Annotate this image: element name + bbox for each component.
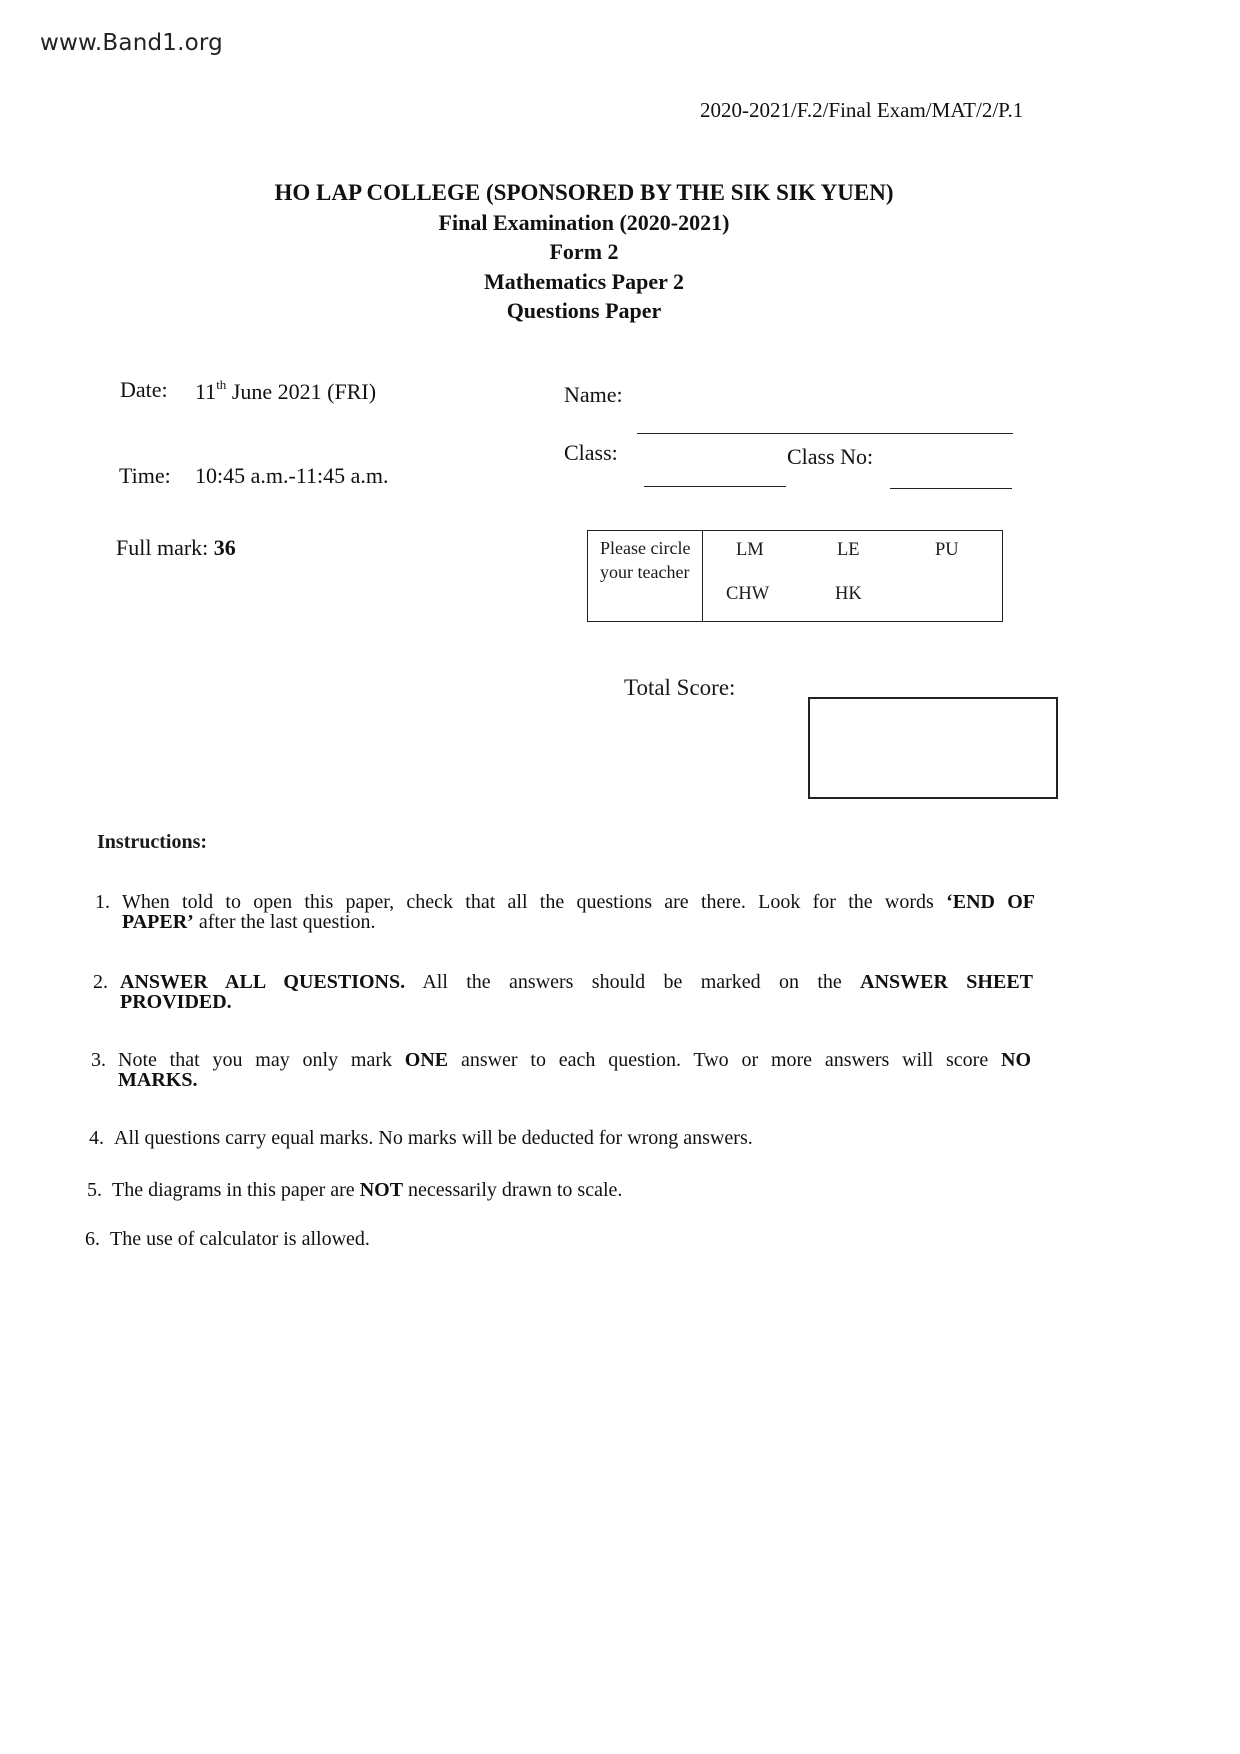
subject-title: Mathematics Paper 2	[0, 267, 1168, 297]
paper-header: HO LAP COLLEGE (SPONSORED BY THE SIK SIK…	[0, 178, 1168, 326]
date-day: 11	[195, 379, 216, 404]
instructions-title: Instructions:	[97, 831, 207, 854]
paper-type: Questions Paper	[0, 296, 1168, 326]
teacher-selection-box: Please circle your teacher LM LE PU CHW …	[587, 530, 1003, 622]
instruction-item-6: 6. The use of calculator is allowed.	[85, 1229, 370, 1249]
total-score-box	[808, 697, 1058, 799]
teacher-option-chw[interactable]: CHW	[726, 584, 769, 605]
full-mark-value: 36	[214, 535, 236, 560]
instruction-item-4: 4. All questions carry equal marks. No m…	[89, 1128, 753, 1148]
full-mark-label: Full mark:	[116, 535, 214, 560]
website-watermark: www.Band1.org	[40, 30, 223, 56]
instruction-number: 1.	[95, 892, 110, 912]
date-day-suffix: th	[216, 377, 226, 392]
instruction-item-1: 1. When told to open this paper, check t…	[95, 892, 1035, 932]
instruction-number: 3.	[91, 1050, 106, 1070]
total-score-label: Total Score:	[624, 675, 735, 701]
instruction-number: 6.	[85, 1229, 100, 1249]
date-label: Date:	[120, 377, 168, 403]
school-name: HO LAP COLLEGE (SPONSORED BY THE SIK SIK…	[0, 178, 1168, 208]
instruction-number: 5.	[87, 1180, 102, 1200]
time-label: Time:	[119, 463, 171, 489]
class-no-field[interactable]	[890, 468, 1012, 489]
name-label: Name:	[564, 382, 623, 408]
teacher-option-le[interactable]: LE	[837, 540, 860, 561]
class-no-label: Class No:	[787, 444, 873, 470]
name-field[interactable]	[637, 411, 1013, 434]
instruction-item-3: 3. Note that you may only mark ONE answe…	[91, 1050, 1031, 1090]
date-value: 11th June 2021 (FRI)	[195, 377, 376, 405]
instruction-number: 4.	[89, 1128, 104, 1148]
exam-title: Final Examination (2020-2021)	[0, 208, 1168, 238]
teacher-prompt: Please circle your teacher	[588, 531, 703, 621]
instruction-item-5: 5. The diagrams in this paper are NOT ne…	[87, 1180, 622, 1200]
time-value: 10:45 a.m.-11:45 a.m.	[195, 463, 389, 489]
full-mark: Full mark: 36	[116, 535, 236, 561]
teacher-option-pu[interactable]: PU	[935, 540, 959, 561]
date-rest: June 2021 (FRI)	[226, 379, 376, 404]
teacher-option-lm[interactable]: LM	[736, 540, 764, 561]
class-field[interactable]	[644, 466, 786, 487]
form-level: Form 2	[0, 237, 1168, 267]
paper-reference-code: 2020-2021/F.2/Final Exam/MAT/2/P.1	[700, 98, 1023, 123]
class-label: Class:	[564, 440, 618, 466]
instruction-item-2: 2. ANSWER ALL QUESTIONS. All the answers…	[93, 972, 1033, 1012]
teacher-option-hk[interactable]: HK	[835, 584, 862, 605]
instruction-number: 2.	[93, 972, 108, 992]
